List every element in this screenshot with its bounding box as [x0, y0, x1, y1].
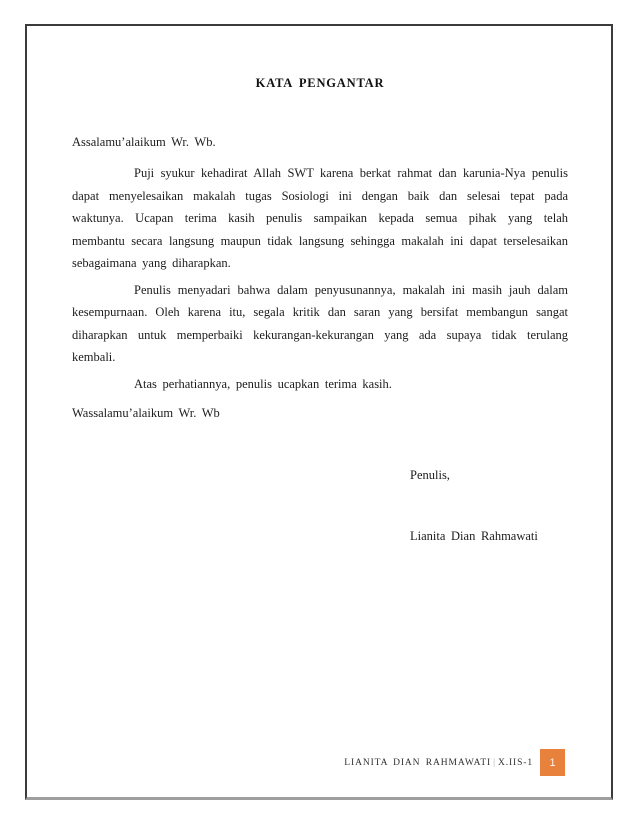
footer-text: LIANITA DIAN RAHMAWATI|X.IIS-1 — [344, 757, 533, 769]
document-page: KATA PENGANTAR Assalamu’alaikum Wr. Wb. … — [25, 24, 613, 800]
footer-class: X.IIS-1 — [498, 758, 533, 768]
signature-label: Penulis, — [410, 464, 568, 487]
signature-block: Penulis, Lianita Dian Rahmawati — [410, 464, 568, 548]
page-footer: LIANITA DIAN RAHMAWATI|X.IIS-1 1 — [344, 749, 565, 776]
closing-salutation: Wassalamu’alaikum Wr. Wb — [72, 402, 568, 425]
document-title: KATA PENGANTAR — [72, 72, 568, 95]
page-number-badge: 1 — [540, 749, 565, 776]
body-paragraph-2: Penulis menyadari bahwa dalam penyusunan… — [72, 279, 568, 369]
body-paragraph-3: Atas perhatiannya, penulis ucapkan terim… — [72, 373, 568, 396]
footer-author: LIANITA DIAN RAHMAWATI — [344, 758, 491, 768]
signature-name: Lianita Dian Rahmawati — [410, 525, 568, 548]
footer-separator: | — [491, 758, 498, 768]
body-paragraph-1: Puji syukur kehadirat Allah SWT karena b… — [72, 162, 568, 275]
document-content: KATA PENGANTAR Assalamu’alaikum Wr. Wb. … — [72, 72, 568, 548]
opening-salutation: Assalamu’alaikum Wr. Wb. — [72, 131, 568, 154]
